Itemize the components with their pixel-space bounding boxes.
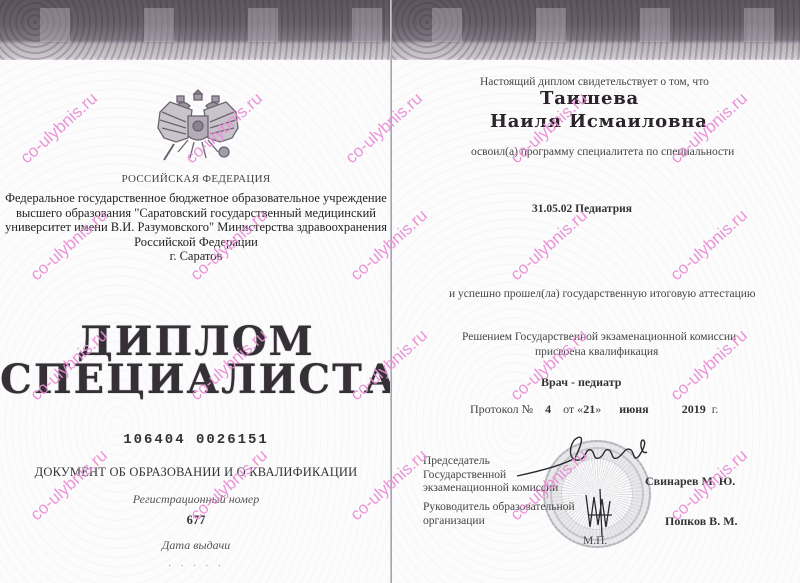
chair-title-line: Государственной (423, 469, 558, 483)
commission-decision-text: Решением Государственной экзаменационной… (462, 331, 736, 343)
protocol-month: июня (619, 402, 649, 416)
chair-title-line: Председатель (423, 455, 558, 469)
seal-label: М.П. (583, 535, 607, 547)
protocol-day: 21 (583, 402, 595, 416)
protocol-day-close: » (595, 402, 601, 416)
protocol-year: 2019 (682, 402, 706, 416)
protocol-year-suffix: г. (712, 402, 719, 416)
head-title-line: Руководитель образовательной (423, 501, 575, 515)
decorative-top-band (0, 0, 392, 60)
protocol-from: от « (563, 402, 583, 416)
protocol-number: 4 (545, 402, 551, 416)
country-name: РОССИЙСКАЯ ФЕДЕРАЦИЯ (0, 173, 392, 185)
serial-number: 106404 0026151 (0, 432, 392, 448)
qualification: Врач - педиатр (541, 375, 621, 390)
issue-date-value: · · · · · (0, 560, 392, 572)
attestation-text: и успешно прошел(ла) государственную ито… (449, 288, 756, 300)
institution-line: Федеральное государственное бюджетное об… (0, 191, 392, 206)
official-stamp-icon (543, 440, 651, 548)
institution-line: высшего образования "Саратовский государ… (0, 206, 392, 221)
protocol-label: Протокол № (470, 402, 533, 416)
decorative-top-band (392, 0, 800, 60)
intro-text: Настоящий диплом свидетельствует о том, … (480, 76, 709, 88)
head-title-line: организации (423, 515, 575, 529)
issue-date-label: Дата выдачи (0, 538, 392, 553)
protocol-line: Протокол № 4 от «21» июня 2019 г. (470, 402, 718, 417)
organization-head-title: Руководитель образовательной организации (423, 501, 575, 528)
institution-line: университет имени В.И. Разумовского" Мин… (0, 220, 392, 235)
graduate-surname: Таишева (540, 88, 639, 109)
graduate-given-names: Наиля Исмаиловна (490, 111, 708, 132)
document-type: ДОКУМЕНТ ОБ ОБРАЗОВАНИИ И О КВАЛИФИКАЦИИ (0, 465, 392, 480)
